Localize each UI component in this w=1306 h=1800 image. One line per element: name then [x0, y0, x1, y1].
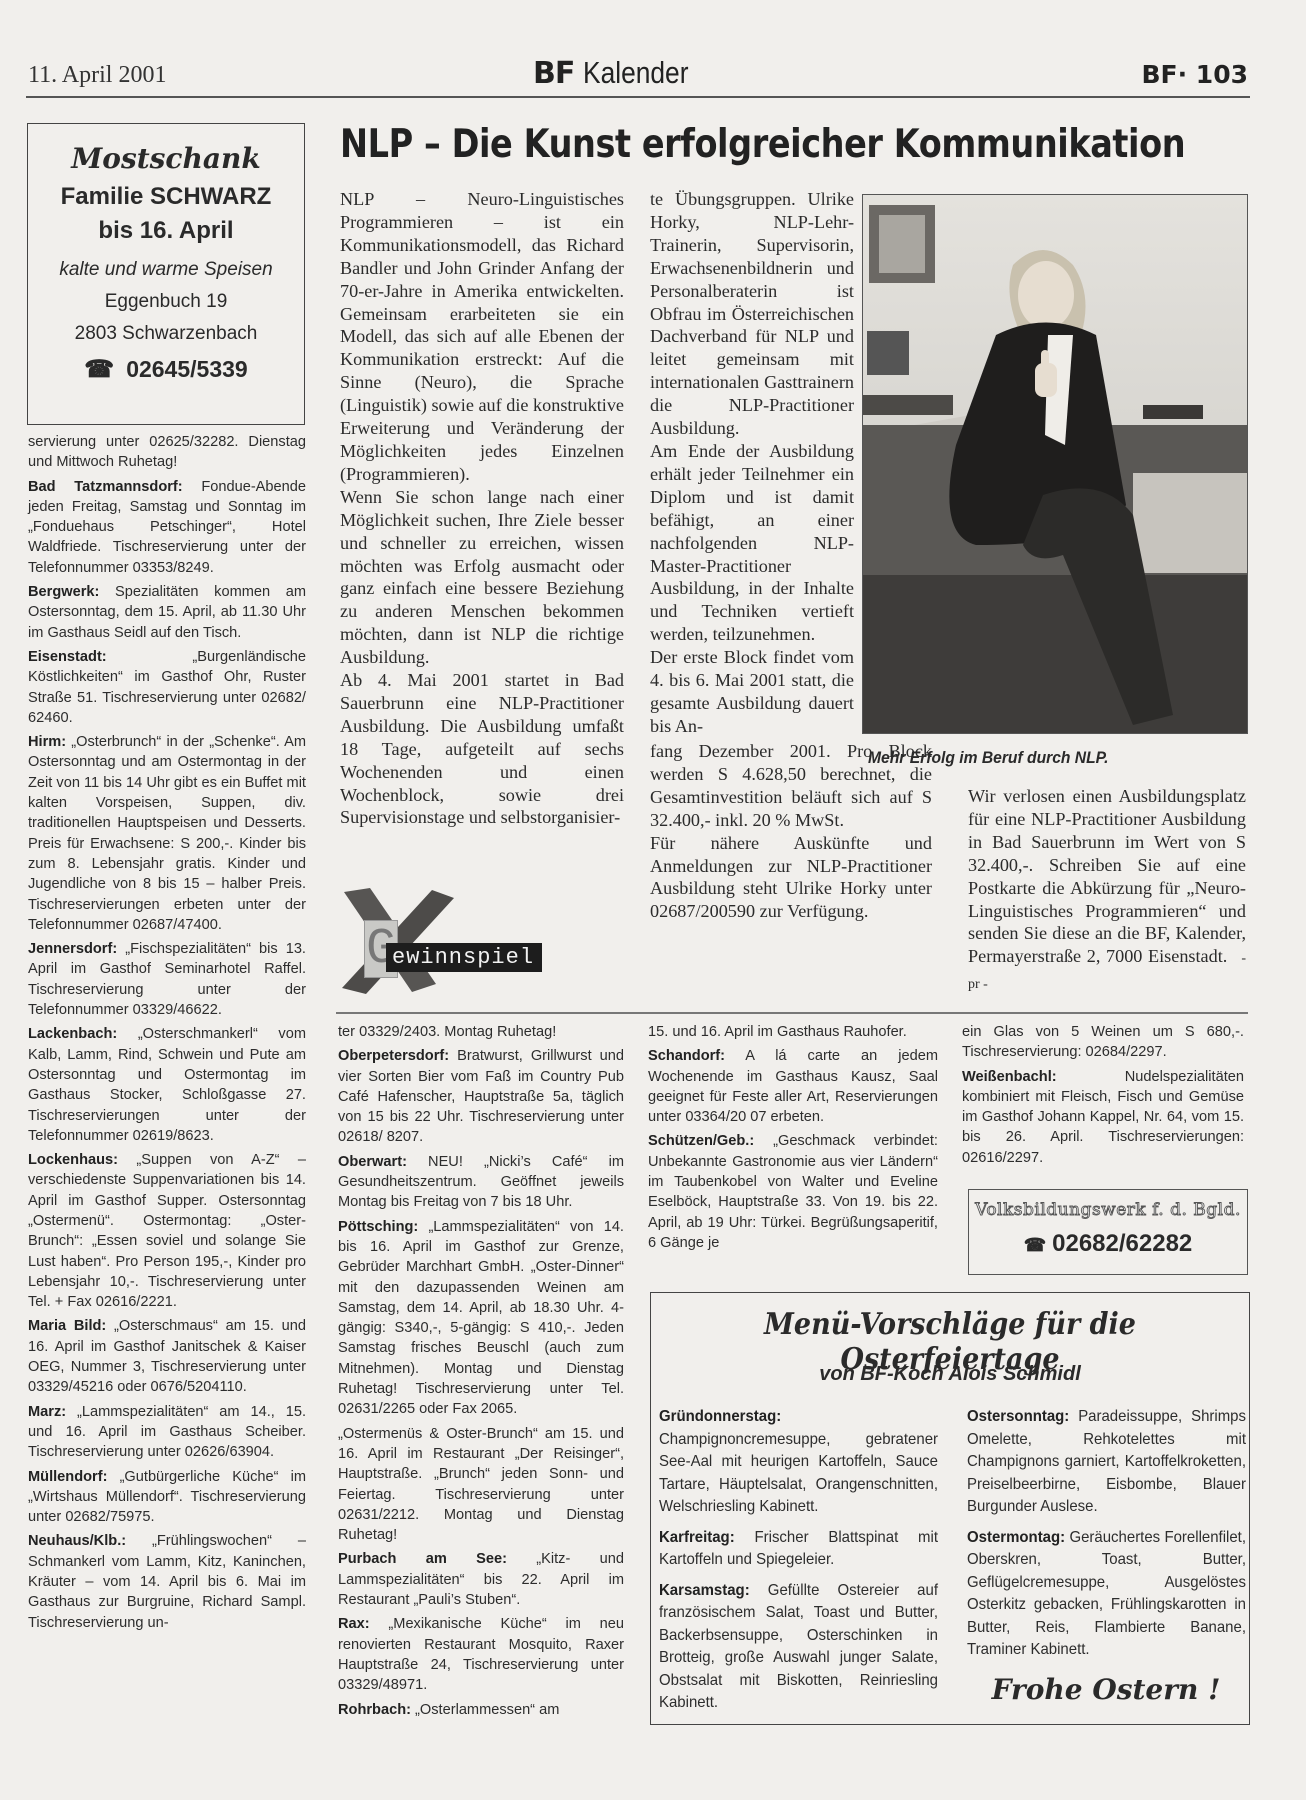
listing-entry: Müllendorf: „Gutbürgerliche Küche“ im „W… — [28, 1467, 306, 1528]
listing-place: Maria Bild: — [28, 1318, 106, 1334]
listing-entry: Schandorf: A lá carte an jedem Wochenend… — [648, 1046, 938, 1127]
listing-place: Schützen/Geb.: — [648, 1133, 754, 1149]
listing-text: „Mexikanische Küche“ im neu renovierten … — [338, 1616, 624, 1693]
ad-address: Eggenbuch 19 — [28, 291, 304, 313]
menu-day-label: Karsamstag: — [659, 1581, 750, 1599]
ad-phone-number: 02645/5339 — [126, 356, 248, 382]
listings-column-2: ter 03329/2403. Montag Ruhetag! Oberpete… — [338, 1022, 624, 1724]
listing-place: Jennersdorf: — [28, 941, 117, 957]
listing-place: Müllendorf: — [28, 1469, 107, 1485]
article-paragraph: Am Ende der Ausbildung erhält jeder Teil… — [650, 440, 854, 646]
section-divider — [336, 1012, 1248, 1014]
listing-entry: Oberpetersdorf: Bratwurst, Grillwurst un… — [338, 1046, 624, 1147]
listing-entry: Maria Bild: „Osterschmaus“ am 15. und 16… — [28, 1316, 306, 1397]
listing-list: Bad Tatzmannsdorf: Fondue-Abende jeden F… — [28, 477, 306, 1633]
easter-menu-box: Menü-Vorschläge für die Osterfeiertage v… — [650, 1292, 1250, 1725]
listing-place: Weißenbachl: — [962, 1069, 1057, 1085]
photo-woman-thumbs-up-icon — [863, 195, 1248, 734]
listing-place: Schandorf: — [648, 1048, 725, 1064]
cross-x-icon — [336, 888, 476, 996]
listings-column-left: servierung unter 02625/32282. Dienstag u… — [28, 432, 306, 1637]
menu-day-label: Ostersonntag: — [967, 1407, 1069, 1425]
article-column-1: NLP – Neuro-Linguistisches Programmieren… — [340, 188, 624, 829]
listing-entry: Rax: „Mexikanische Küche“ im neu renovie… — [338, 1614, 624, 1695]
gewinnspiel-logo: G ewinnspiel — [336, 888, 606, 996]
listing-place: Pöttsching: — [338, 1219, 418, 1235]
ad-until: bis 16. April — [28, 217, 304, 245]
menu-column-left: Gründonnerstag: Champignoncremesuppe, ge… — [659, 1405, 938, 1722]
mostschank-ad: Mostschank Familie SCHWARZ bis 16. April… — [27, 123, 305, 425]
listing-place: Marz: — [28, 1404, 66, 1420]
listing-continuation: ter 03329/2403. Montag Ruhetag! — [338, 1022, 624, 1042]
brand-logo: BF — [533, 56, 574, 91]
menu-subtitle: von BF-Koch Alois Schmidl — [651, 1363, 1249, 1386]
section-name: Kalender — [583, 55, 688, 91]
listing-text: „Ostermenüs & Oster-Brunch“ am 15. und 1… — [338, 1426, 624, 1543]
article-photo — [862, 194, 1248, 734]
listing-entry: Hirm: „Osterbrunch“ in der „Schenke“. Am… — [28, 732, 306, 935]
menu-day: Ostermontag: Geräuchertes Forellenfilet,… — [967, 1526, 1246, 1661]
menu-day-text: Geräuchertes Forellenfilet, Oberskren, T… — [967, 1528, 1246, 1659]
menu-day-label: Gründonnerstag: — [659, 1407, 781, 1425]
listings-column-3: 15. und 16. April im Gasthaus Rauhofer. … — [648, 1022, 938, 1257]
listing-place: Bad Tatzmannsdorf: — [28, 479, 183, 495]
listing-list: Oberpetersdorf: Bratwurst, Grillwurst un… — [338, 1046, 624, 1720]
issue-date: 11. April 2001 — [28, 62, 166, 89]
listing-entry: Lockenhaus: „Suppen von A-Z“ – verschied… — [28, 1150, 306, 1312]
listing-entry: Weißenbachl: Nudelspezialitäten kombinie… — [962, 1067, 1244, 1168]
menu-day-label: Ostermontag: — [967, 1528, 1065, 1546]
vbw-phone: ☎02682/62282 — [969, 1230, 1247, 1258]
listing-entry: „Ostermenüs & Oster-Brunch“ am 15. und 1… — [338, 1424, 624, 1546]
listing-place: Neuhaus/Klb.: — [28, 1533, 126, 1549]
listing-entry: Rohrbach: „Osterlammessen“ am — [338, 1700, 624, 1720]
page-number: BF· 103 — [1141, 60, 1248, 89]
vbw-name: Volksbildungswerk f. d. Bgld. — [969, 1200, 1247, 1220]
listing-list: Weißenbachl: Nudelspezialitäten kombinie… — [962, 1067, 1244, 1168]
listing-place: Oberpetersdorf: — [338, 1048, 449, 1064]
menu-column-right: Ostersonntag: Paradeissuppe, Shrimps Ome… — [967, 1405, 1246, 1669]
listing-entry: Marz: „Lammspezialitäten“ am 14., 15. un… — [28, 1402, 306, 1463]
article-column-2: te Übungsgruppen. Ulrike Horky, NLP-Lehr… — [650, 188, 854, 738]
listing-text: „Geschmack verbindet: Unbekannte Gastron… — [648, 1133, 938, 1250]
ad-title: Mostschank — [28, 142, 304, 175]
listing-list: Schandorf: A lá carte an jedem Wochenend… — [648, 1046, 938, 1253]
ad-family: Familie SCHWARZ — [28, 183, 304, 211]
gewinnspiel-label: ewinnspiel — [386, 943, 542, 972]
menu-day-text: Gefüllte Ostereier auf französischem Sal… — [659, 1581, 938, 1712]
ad-phone: ☎02645/5339 — [28, 355, 304, 384]
menu-day: Karsamstag: Gefüllte Ostereier auf franz… — [659, 1579, 938, 1714]
listing-place: Purbach am See: — [338, 1551, 507, 1567]
listing-place: Oberwart: — [338, 1154, 407, 1170]
menu-closing: Frohe Ostern ! — [971, 1673, 1241, 1706]
listing-place: Bergwerk: — [28, 584, 99, 600]
listing-text: „Lammspezialitäten“ am 14., 15. und 16. … — [28, 1404, 306, 1461]
listing-entry: Neuhaus/Klb.: „Frühlingswochen“ – Schman… — [28, 1531, 306, 1632]
menu-day: Ostersonntag: Paradeissuppe, Shrimps Ome… — [967, 1405, 1246, 1518]
listing-entry: Jennersdorf: „Fischspezialitäten“ bis 13… — [28, 939, 306, 1020]
listing-entry: Bad Tatzmannsdorf: Fondue-Abende jeden F… — [28, 477, 306, 578]
listing-place: Rax: — [338, 1616, 370, 1632]
article-column-4-contest: Wir verlosen einen Ausbildungsplatz für … — [968, 785, 1246, 997]
listing-entry: Schützen/Geb.: „Geschmack verbindet: Unb… — [648, 1131, 938, 1253]
listing-text: „Suppen von A-Z“ – verschiedenste Suppen… — [28, 1152, 306, 1310]
listing-continuation: 15. und 16. April im Gasthaus Rauhofer. — [648, 1022, 938, 1042]
menu-day: Gründonnerstag: Champignoncremesuppe, ge… — [659, 1405, 938, 1518]
article-paragraph: Für nähere Auskünfte und Anmeldungen zur… — [650, 832, 932, 924]
listing-text: „Osterschmankerl“ vom Kalb, Lamm, Rind, … — [28, 1026, 306, 1143]
listing-place: Hirm: — [28, 734, 66, 750]
listing-place: Eisenstadt: — [28, 649, 107, 665]
vbw-phone-number: 02682/62282 — [1052, 1230, 1192, 1257]
volksbildungswerk-ad: Volksbildungswerk f. d. Bgld. ☎02682/622… — [968, 1189, 1248, 1275]
contest-paragraph: Wir verlosen einen Ausbildungsplatz für … — [968, 785, 1246, 997]
menu-day: Karfreitag: Frischer Blattspinat mit Kar… — [659, 1526, 938, 1571]
menu-day-label: Karfreitag: — [659, 1528, 735, 1546]
article-paragraph: Der erste Block findet vom 4. bis 6. Mai… — [650, 646, 854, 738]
listing-entry: Oberwart: NEU! „Nicki’s Café“ im Gesundh… — [338, 1152, 624, 1213]
contest-text: Wir verlosen einen Ausbildungsplatz für … — [968, 786, 1246, 966]
section-title: BF Kalender — [533, 54, 707, 91]
photo-caption: Mehr Erfolg im Beruf durch NLP. — [868, 748, 1108, 768]
article-paragraph: Wenn Sie schon lange nach einer Möglichk… — [340, 486, 624, 669]
listing-text: „Osterbrunch“ in der „Schenke“. Am Oster… — [28, 734, 306, 933]
listing-continuation: ein Glas von 5 Weinen um S 680,-. Tischr… — [962, 1022, 1244, 1063]
listing-entry: Lackenbach: „Osterschmankerl“ vom Kalb, … — [28, 1024, 306, 1146]
telephone-icon: ☎ — [84, 356, 114, 383]
listing-entry: Purbach am See: „Kitz- und Lammspezialit… — [338, 1549, 624, 1610]
article-paragraph: NLP – Neuro-Linguistisches Programmieren… — [340, 188, 624, 486]
article-headline: NLP – Die Kunst erfolgreicher Kommunikat… — [340, 122, 1123, 167]
listing-entry: Eisenstadt: „Burgenländische Köstlichkei… — [28, 647, 306, 728]
listing-place: Lackenbach: — [28, 1026, 117, 1042]
listing-entry: Bergwerk: Spezialitäten kommen am Osters… — [28, 582, 306, 643]
menu-day-text: Champignoncremesuppe, gebratener See-Aal… — [659, 1430, 938, 1516]
article-paragraph: Ab 4. Mai 2001 startet in Bad Sauerbrunn… — [340, 669, 624, 829]
telephone-icon: ☎ — [1024, 1235, 1046, 1255]
listing-entry: Pöttsching: „Lammspezialitäten“ von 14. … — [338, 1217, 624, 1420]
header-divider — [26, 96, 1250, 98]
article-paragraph: te Übungsgruppen. Ulrike Horky, NLP-Lehr… — [650, 188, 854, 440]
ad-city: 2803 Schwarzenbach — [28, 323, 304, 345]
listing-place: Rohrbach: — [338, 1702, 411, 1718]
ad-food: kalte und warme Speisen — [28, 259, 304, 281]
listing-text: „Osterlammessen“ am — [415, 1702, 559, 1718]
listing-continuation: servierung unter 02625/32282. Dienstag u… — [28, 432, 306, 473]
listings-column-4: ein Glas von 5 Weinen um S 680,-. Tischr… — [962, 1022, 1244, 1172]
listing-place: Lockenhaus: — [28, 1152, 118, 1168]
listing-text: „Lammspezialitäten“ von 14. bis 16. Apri… — [338, 1219, 624, 1418]
